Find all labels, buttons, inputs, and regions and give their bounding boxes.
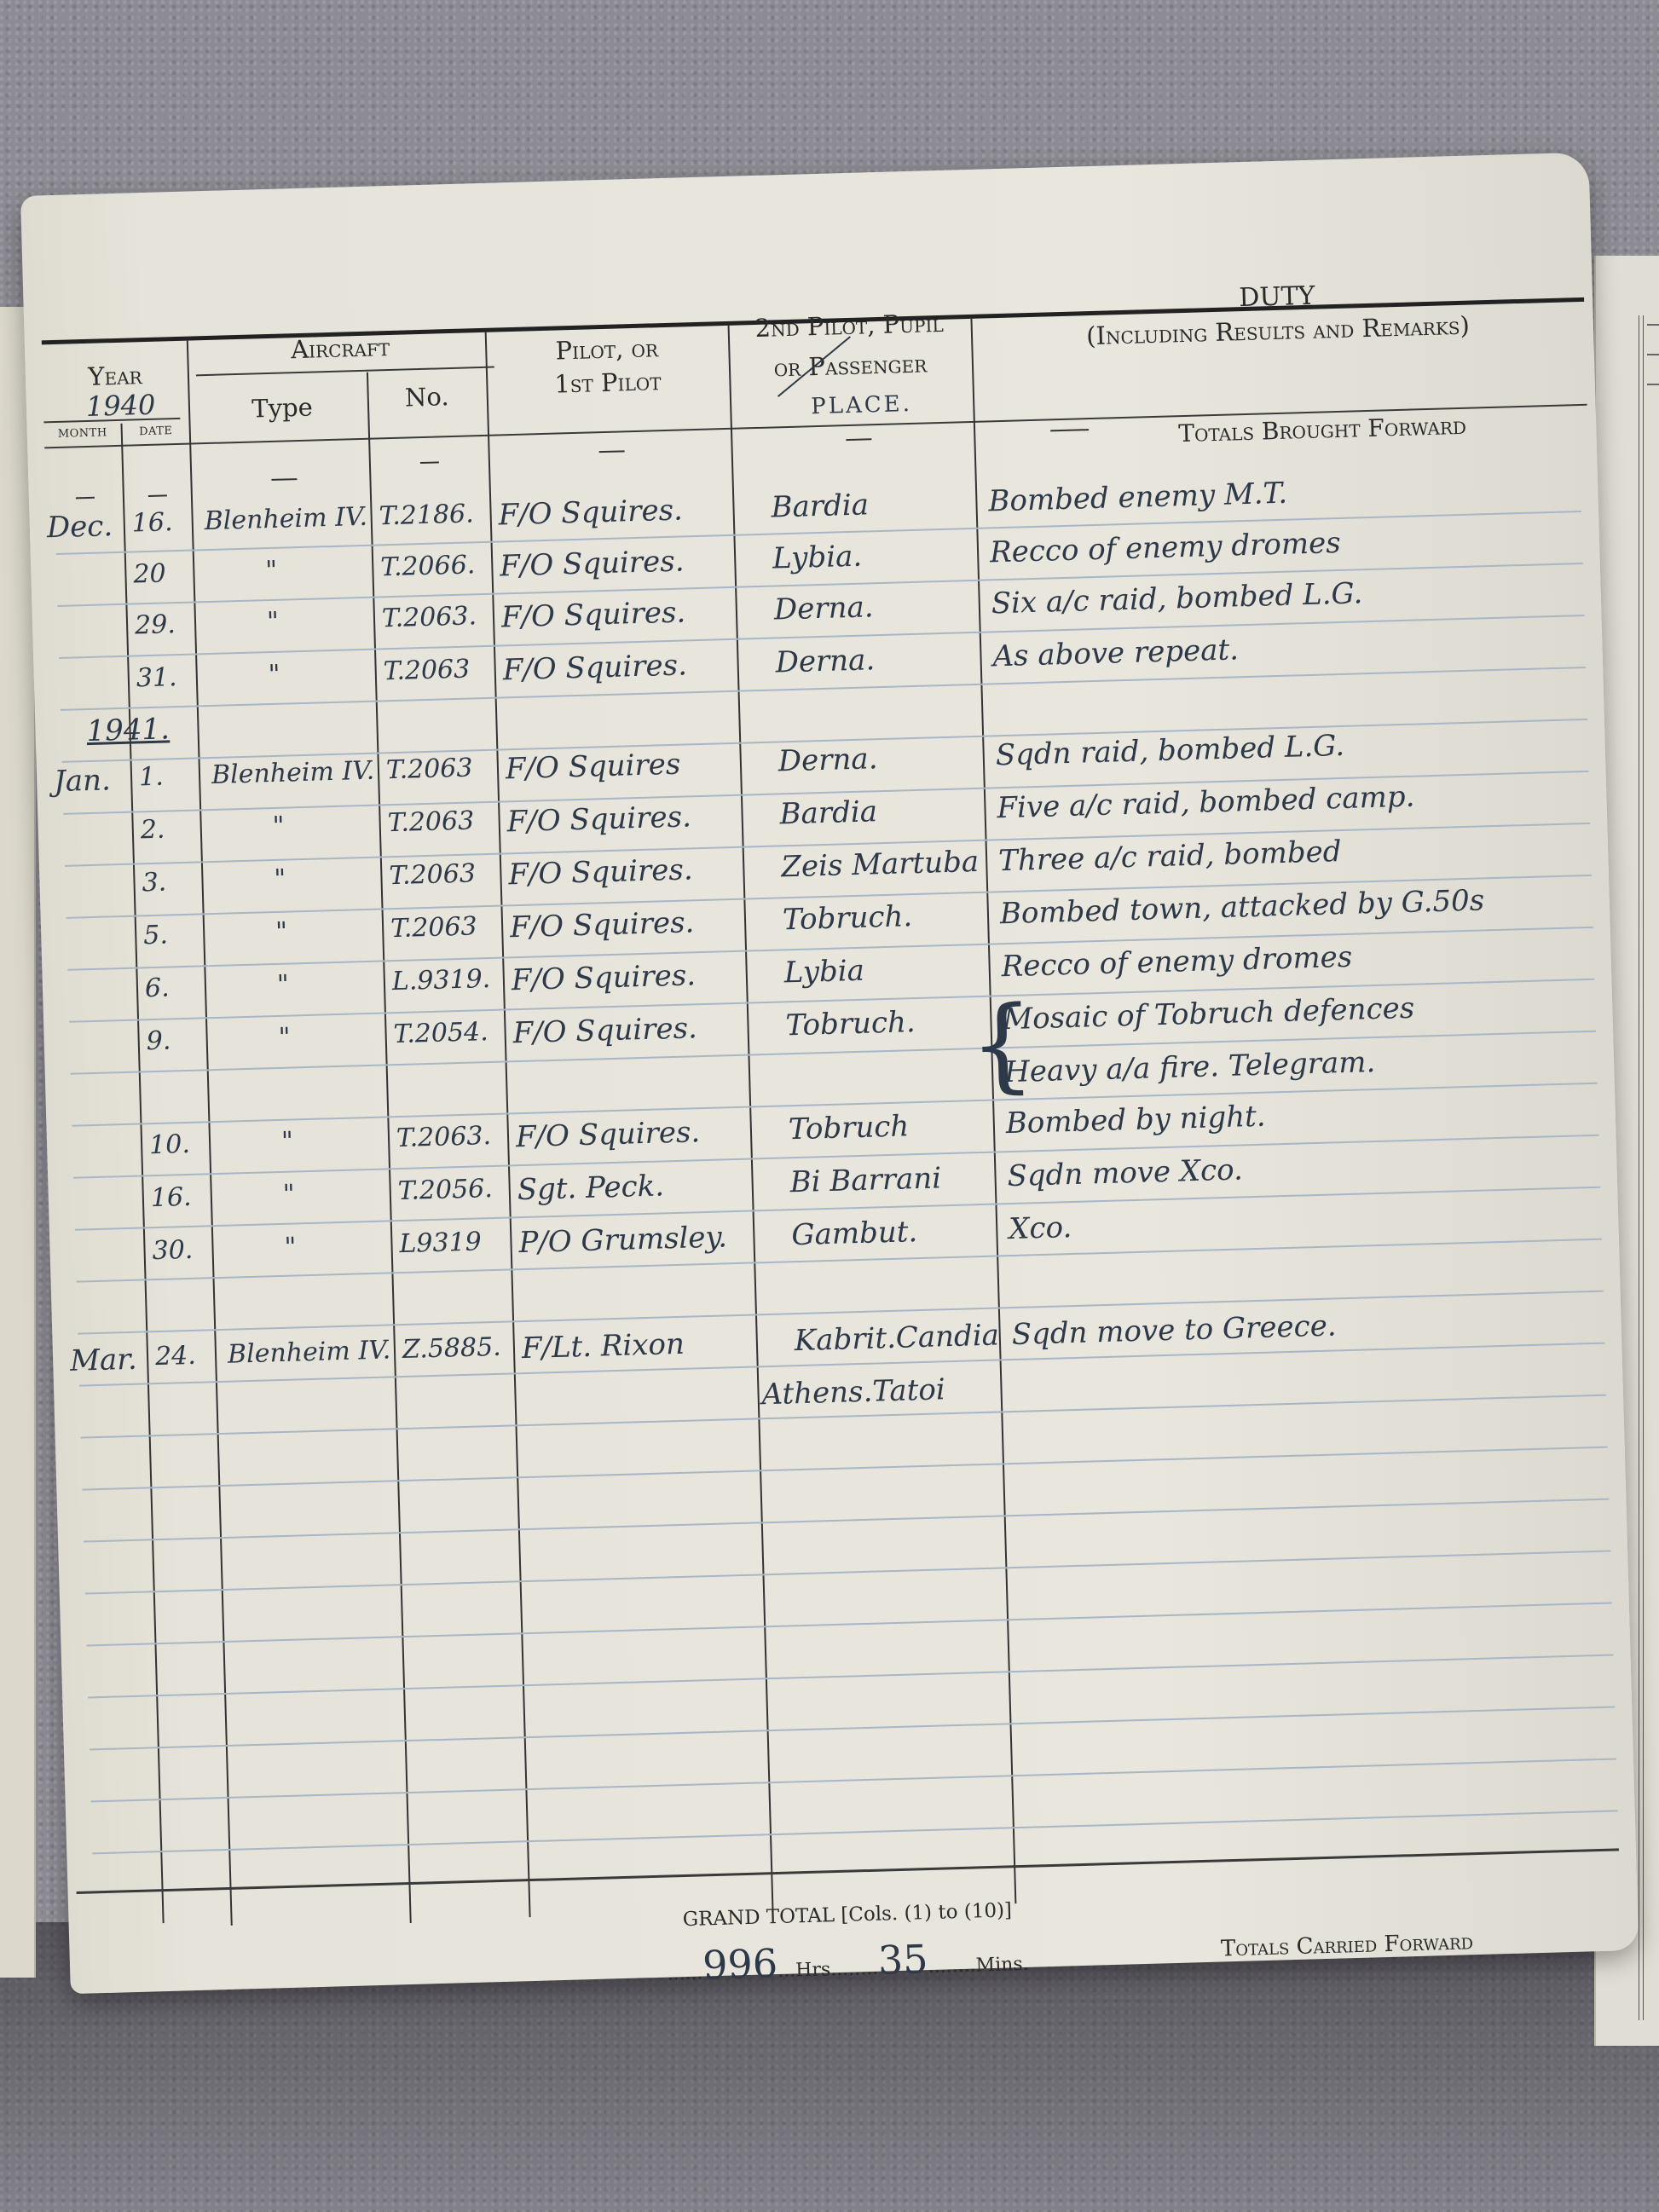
place-cell: Tobruch	[788, 1109, 909, 1146]
aircraft-number-cell: T.2063.	[382, 601, 477, 633]
aircraft-type-cell: "	[275, 917, 288, 947]
month-cell: Jan.	[54, 763, 112, 799]
aircraft-type-cell: Blenheim IV.	[211, 756, 375, 790]
pilot-header: Pilot, or 1st Pilot	[485, 330, 730, 403]
ruled-line	[86, 1603, 1611, 1647]
table-row: 30."L9319P/O Grumsley.Gambut.Xco.	[20, 153, 1588, 196]
dash	[846, 438, 871, 441]
aircraft-number-cell: T.2066.	[380, 550, 476, 582]
ruled-line	[90, 1706, 1615, 1750]
place-cell: Derna.	[777, 742, 878, 778]
pilot-cell: F/O Squires.	[502, 648, 687, 687]
right-page-rule	[1647, 354, 1659, 355]
place-cell: Lybia	[783, 954, 864, 990]
no-header: No.	[367, 379, 487, 416]
duty-cell: Mosaic of Tobruch defences	[1003, 991, 1415, 1037]
dash	[599, 450, 625, 453]
place-cell: Bardia	[779, 794, 877, 831]
date-cell: 31.	[136, 662, 177, 693]
aircraft-type-cell: "	[284, 1232, 297, 1262]
date-cell: 1.	[139, 762, 165, 793]
date-cell: 10.	[149, 1129, 191, 1160]
duty-cell: Three a/c raid, bombed	[998, 835, 1342, 878]
month-cell: Dec.	[46, 509, 113, 545]
table-row: 9."T.2054.F/O Squires.Tobruch.Mosaic of …	[20, 153, 1588, 196]
place-cell: Tobruch.	[785, 1005, 916, 1042]
ruled-lines	[20, 153, 1588, 196]
aircraft-type-cell: "	[268, 660, 280, 690]
date-cell: 16.	[150, 1182, 192, 1213]
place-cell: Zeis Martuba	[781, 845, 980, 884]
pilot-header-line2: 1st Pilot	[486, 363, 730, 403]
date-cell: 3.	[142, 868, 167, 898]
col-line-date-type	[187, 341, 233, 1926]
aircraft-type-cell: "	[281, 1127, 294, 1157]
dash	[76, 497, 95, 500]
aircraft-type-cell: "	[267, 607, 280, 637]
ruled-line	[92, 1810, 1617, 1854]
aircraft-number-cell: T.2186.	[379, 499, 474, 531]
second-pilot-header: 2nd Pilot, Pupil or Passenger	[727, 306, 972, 386]
dash	[271, 478, 297, 481]
pilot-cell: F/O Squires.	[508, 852, 693, 892]
minutes-label: Mins.	[975, 1954, 1029, 1977]
grand-total-label: GRAND TOTAL [Cols. (1) to (10)]	[682, 1899, 1012, 1931]
aircraft-header: Aircraft	[195, 328, 486, 370]
place-cell: Lybia.	[772, 540, 863, 576]
date-cell: 24.	[155, 1341, 197, 1372]
place-override-handwritten: PLACE.	[811, 391, 912, 419]
duty-cell: Bombed by night.	[1005, 1100, 1266, 1141]
aircraft-type-cell: "	[276, 970, 289, 1000]
entries-table: 1941.Dec.16.Blenheim IV.T.2186.F/O Squir…	[20, 153, 1588, 196]
pilot-cell: F/O Squires	[505, 748, 680, 787]
place-cell: Bardia	[771, 488, 869, 524]
ruled-line	[88, 1654, 1613, 1698]
aircraft-type-cell: "	[282, 1179, 295, 1209]
aircraft-type-cell: "	[278, 1023, 291, 1053]
place-cell: Bi Barrani	[789, 1161, 942, 1199]
grand-total-minutes: 35	[877, 1936, 928, 1984]
date-cell: 9.	[146, 1025, 171, 1056]
second-pilot-header-line1: 2nd Pilot, Pupil	[727, 306, 971, 346]
hours-label: Hrs.	[795, 1959, 837, 1981]
date-header: Date	[123, 424, 189, 441]
aircraft-number-cell: T.2054.	[393, 1017, 488, 1049]
date-cell: 29.	[135, 609, 176, 640]
date-cell: 5.	[143, 921, 169, 951]
month-cell: Mar.	[70, 1343, 138, 1378]
place-cell: Derna.	[775, 643, 876, 679]
place-cell: Derna.	[773, 590, 874, 627]
dash	[420, 461, 439, 464]
table-row: 10."T.2063.F/O Squires.TobruchBombed by …	[20, 153, 1588, 196]
ruled-line	[82, 1447, 1607, 1491]
place-cell-continued: Athens.Tatoi	[761, 1372, 945, 1412]
aircraft-number-cell: T.2063	[389, 858, 476, 891]
aircraft-number-cell: T.2063	[390, 911, 477, 944]
right-page-double-rule	[1639, 315, 1644, 2020]
date-cell: 16.	[131, 507, 173, 538]
duty-cell: As above repeat.	[992, 632, 1239, 673]
grand-total-hours: 996	[702, 1940, 777, 1988]
pilot-cell: F/O Squires.	[512, 1011, 697, 1050]
aircraft-number-cell: Z.5885.	[402, 1332, 501, 1365]
table-row: 2."T.2063F/O Squires.BardiaFive a/c raid…	[20, 153, 1588, 196]
date-cell: 2.	[140, 815, 165, 846]
aircraft-number-cell: T.2063.	[396, 1121, 492, 1153]
place-cell: Gambut.	[791, 1215, 918, 1252]
ruled-line	[84, 1499, 1609, 1543]
right-page-rule	[1647, 384, 1659, 385]
pilot-cell: F/O Squires.	[500, 544, 685, 583]
pilot-cell: P/O Grumsley.	[518, 1220, 728, 1260]
dash	[148, 494, 167, 497]
pilot-cell: F/O Squires.	[511, 958, 696, 997]
aircraft-number-cell: T.2056.	[397, 1174, 493, 1206]
aircraft-type-cell: Blenheim IV.	[228, 1335, 391, 1369]
aircraft-type-cell: "	[265, 556, 278, 586]
aircraft-number-cell: T.2063	[387, 806, 474, 838]
table-row: 29."T.2063.F/O Squires.Derna.Six a/c rai…	[20, 153, 1588, 196]
year-1941-marker: 1941.	[86, 712, 170, 748]
dash	[1050, 429, 1089, 431]
table-row: 31."T.2063F/O Squires.Derna.As above rep…	[20, 153, 1588, 196]
pilot-cell: F/O Squires.	[500, 595, 685, 634]
duty-cell: Sqdn move to Greece.	[1011, 1308, 1337, 1352]
aircraft-number-cell: L.9319.	[391, 964, 490, 996]
place-cell: Kabrit.Candia	[794, 1318, 999, 1358]
pilot-cell: F/O Squires.	[510, 905, 695, 944]
logbook-page: Year 1940 Month Date Aircraft Type No. P…	[20, 153, 1639, 1995]
totals-brought-forward: Totals Brought Forward	[1178, 412, 1467, 448]
date-cell: 20	[133, 558, 166, 589]
duty-cell: Xco.	[1009, 1210, 1072, 1246]
brace-icon: {	[968, 993, 1037, 1097]
ruled-line	[91, 1758, 1616, 1802]
date-cell: 30.	[152, 1235, 194, 1266]
type-header: Type	[197, 390, 368, 428]
duty-cell: Recco of enemy dromes	[1001, 940, 1353, 984]
pilot-cell: F/O Squires.	[498, 493, 683, 532]
pilot-cell: F/O Squires.	[506, 800, 691, 839]
duty-cell: Bombed enemy M.T.	[988, 476, 1288, 519]
page-bottom-rule	[77, 1848, 1619, 1894]
aircraft-number-cell: T.2063	[383, 655, 470, 687]
pilot-cell: F/Lt. Rixon	[521, 1327, 685, 1366]
place-cell: Tobruch.	[783, 899, 913, 937]
right-page-rule	[1647, 324, 1659, 326]
col-line-month-date	[120, 424, 164, 1923]
aircraft-number-cell: T.2063	[385, 753, 472, 785]
aircraft-type-cell: Blenheim IV.	[204, 502, 367, 536]
duty-cell: Recco of enemy dromes	[990, 526, 1342, 569]
table-row: 20"T.2066.F/O Squires.Lybia.Recco of ene…	[20, 153, 1588, 196]
month-header: Month	[44, 425, 121, 442]
date-cell: 6.	[145, 973, 171, 1003]
duty-cell-continued: Heavy a/a fire. Telegram.	[1004, 1045, 1376, 1089]
duty-cell: Six a/c raid, bombed L.G.	[991, 576, 1363, 621]
table-row: 3."T.2063F/O Squires.Zeis MartubaThree a…	[20, 153, 1588, 196]
table-row: 6."L.9319.F/O Squires.LybiaRecco of enem…	[20, 153, 1588, 196]
second-pilot-header-line2: or Passenger	[728, 346, 972, 386]
table-row: 5."T.2063F/O Squires.Tobruch.Bombed town…	[20, 153, 1588, 196]
col-line-pilot-place	[728, 326, 774, 1910]
table-row: Mar.24.Blenheim IV.Z.5885.F/Lt. RixonKab…	[20, 153, 1588, 196]
table-row: Dec.16.Blenheim IV.T.2186.F/O Squires.Ba…	[20, 153, 1588, 196]
aircraft-number-cell: L9319	[399, 1227, 482, 1259]
ruled-line	[85, 1551, 1610, 1595]
table-row: Jan.1.Blenheim IV.T.2063F/O SquiresDerna…	[20, 153, 1588, 196]
table-row: 16."T.2056.Sgt. Peck.Bi BarraniSqdn move…	[20, 153, 1588, 196]
aircraft-type-cell: "	[272, 811, 285, 841]
aircraft-type-cell: "	[274, 864, 286, 894]
pilot-cell: F/O Squires.	[515, 1115, 700, 1154]
year-handwritten: 1940	[85, 389, 155, 423]
duty-cell: Sqdn move Xco.	[1007, 1152, 1243, 1193]
pilot-cell: Sgt. Peck.	[517, 1169, 664, 1207]
